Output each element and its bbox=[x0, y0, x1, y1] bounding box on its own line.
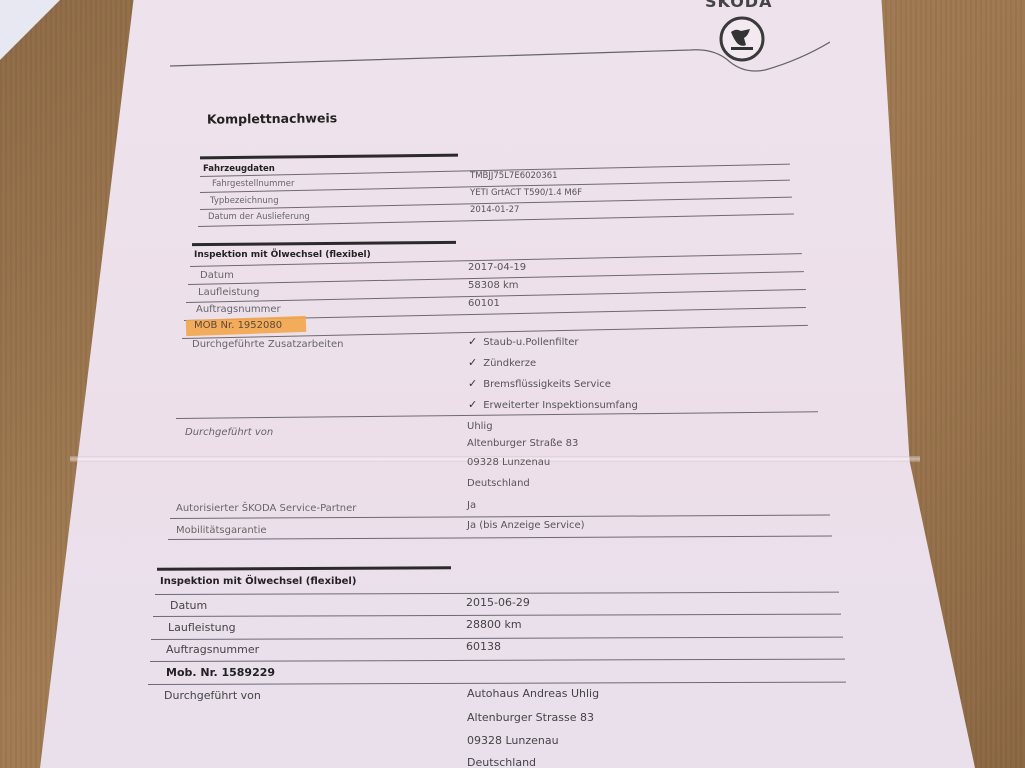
check-icon: ✓ bbox=[468, 356, 477, 369]
row-label: Auftragsnummer bbox=[166, 643, 259, 656]
row-label: Laufleistung bbox=[168, 621, 236, 634]
row-label: Datum der Auslieferung bbox=[208, 212, 310, 222]
skoda-logo-icon bbox=[714, 14, 770, 64]
partner-label: Autorisierter ŠKODA Service-Partner bbox=[176, 503, 356, 514]
row-value: 28800 km bbox=[466, 618, 522, 631]
address-line: Autohaus Andreas Uhlig bbox=[467, 687, 599, 700]
row-value: 58308 km bbox=[468, 280, 519, 291]
address-line: Uhlig bbox=[467, 421, 493, 432]
row-value: 2015-06-29 bbox=[466, 596, 530, 609]
address-line: Deutschland bbox=[467, 756, 536, 768]
performed-by-label: Durchgeführt von bbox=[185, 427, 273, 438]
row-value: 2014-01-27 bbox=[470, 205, 519, 215]
section-heading: Fahrzeugdaten bbox=[203, 164, 275, 174]
row-label: Datum bbox=[170, 599, 207, 612]
address-line: 09328 Lunzenau bbox=[467, 457, 550, 468]
check-icon: ✓ bbox=[468, 377, 477, 390]
document-title: Komplettnachweis bbox=[207, 110, 337, 126]
address-line: Altenburger Straße 83 bbox=[467, 438, 578, 449]
row-label: Laufleistung bbox=[198, 287, 259, 298]
address-line: Deutschland bbox=[467, 478, 530, 489]
extra-work-item: ✓Zündkerze bbox=[468, 356, 536, 369]
section-heading: Inspektion mit Ölwechsel (flexibel) bbox=[194, 250, 371, 260]
mob-number: Mob. Nr. 1589229 bbox=[166, 666, 275, 679]
check-icon: ✓ bbox=[468, 398, 477, 411]
extra-work-item: ✓Bremsflüssigkeits Service bbox=[468, 377, 611, 390]
brand-name: ŠKODA bbox=[705, 0, 772, 11]
extra-work-label: Durchgeführte Zusatzarbeiten bbox=[192, 339, 343, 350]
address-line: 09328 Lunzenau bbox=[467, 734, 559, 747]
row-value: 2017-04-19 bbox=[468, 262, 526, 273]
row-label: Fahrgestellnummer bbox=[212, 179, 294, 189]
mob-number: MOB Nr. 1952080 bbox=[194, 320, 282, 331]
row-value: YETI GrtACT T590/1.4 M6F bbox=[470, 188, 582, 198]
extra-work-item: ✓Erweiterter Inspektionsumfang bbox=[468, 398, 638, 411]
check-icon: ✓ bbox=[468, 335, 477, 348]
extra-work-item: ✓Staub-u.Pollenfilter bbox=[468, 335, 579, 348]
row-value: 60101 bbox=[468, 298, 500, 309]
section-heading: Inspektion mit Ölwechsel (flexibel) bbox=[160, 576, 356, 587]
row-label: Auftragsnummer bbox=[196, 304, 281, 315]
address-line: Altenburger Strasse 83 bbox=[467, 711, 594, 724]
row-label: Typbezeichnung bbox=[210, 196, 279, 206]
performed-by-label: Durchgeführt von bbox=[164, 689, 261, 702]
mobility-value: Ja (bis Anzeige Service) bbox=[467, 520, 585, 531]
row-label: Datum bbox=[200, 270, 234, 281]
row-value: TMBJJ75L7E6020361 bbox=[470, 171, 558, 181]
mobility-label: Mobilitätsgarantie bbox=[176, 525, 267, 536]
row-value: 60138 bbox=[466, 640, 501, 653]
partner-value: Ja bbox=[467, 500, 476, 511]
